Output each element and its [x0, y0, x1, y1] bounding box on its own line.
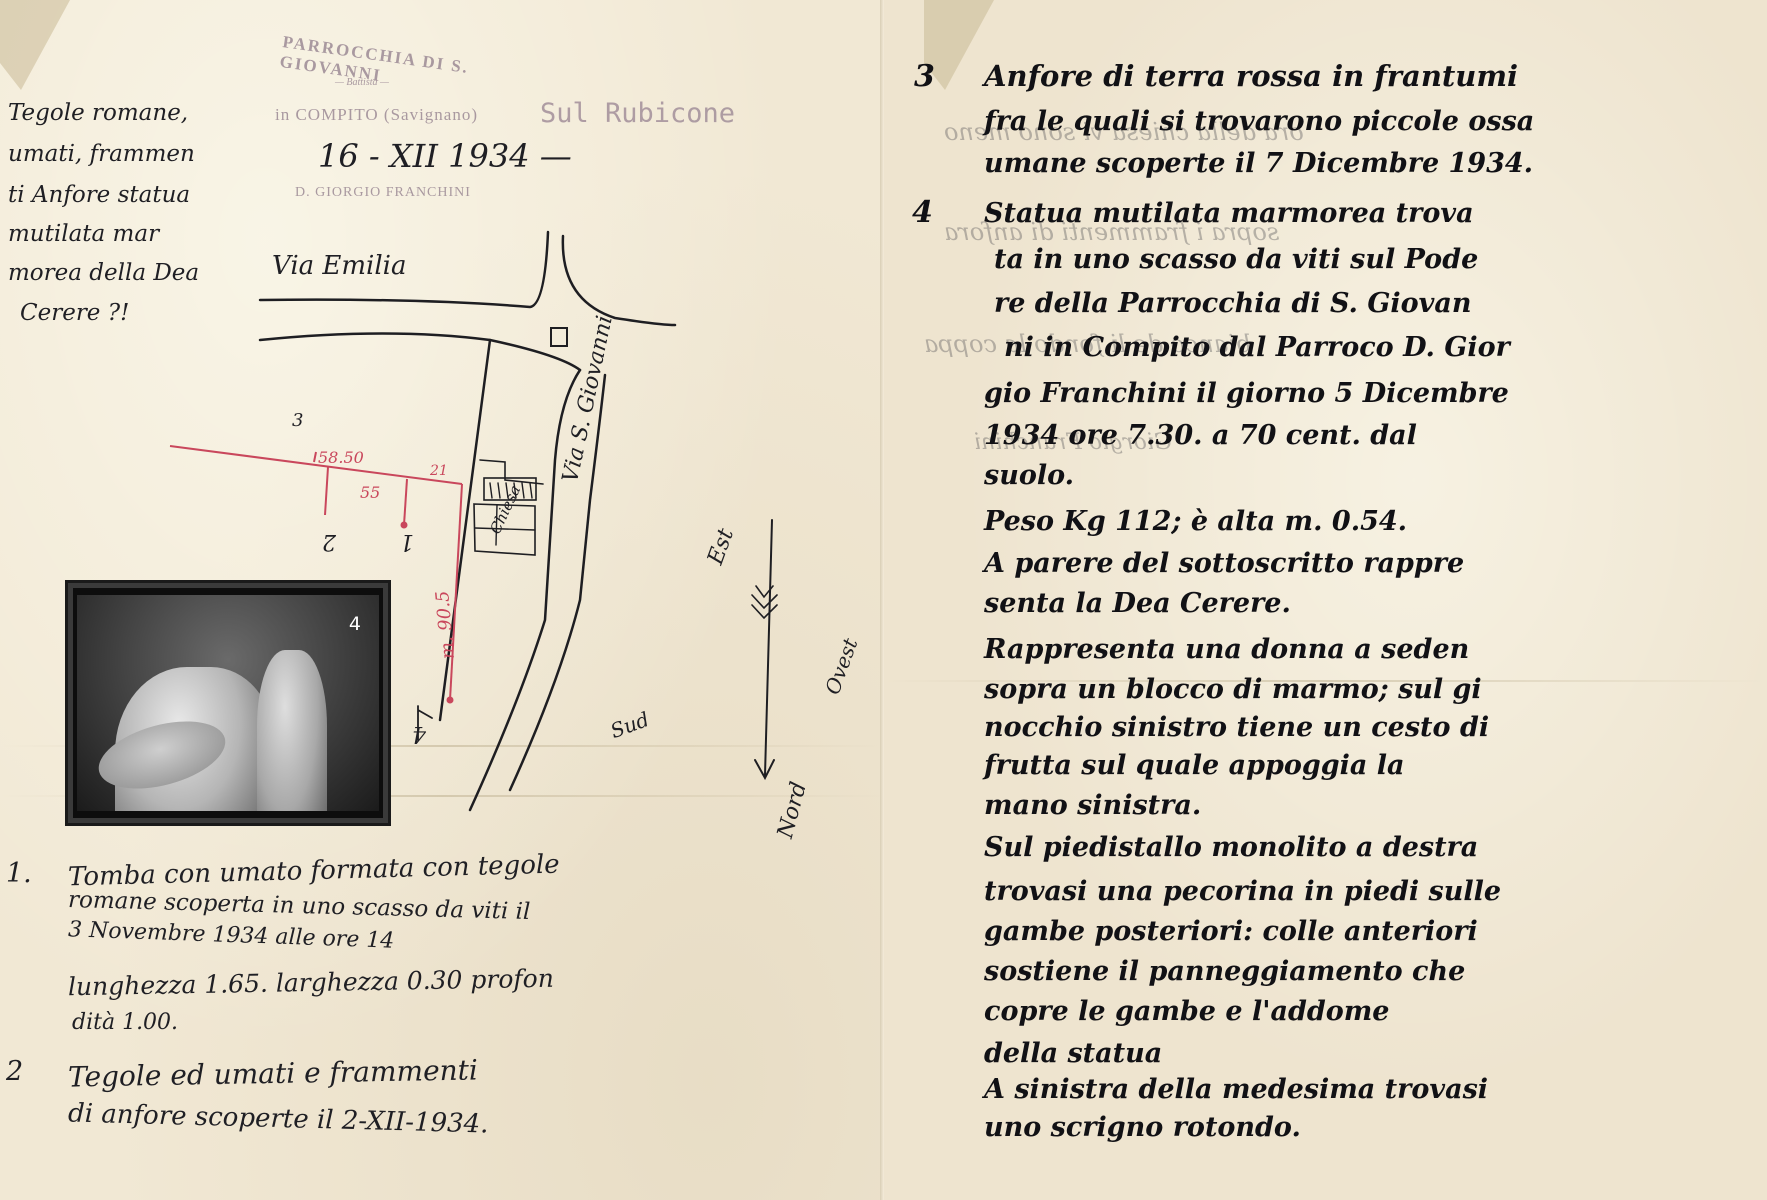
entry-line: umane scoperte il 7 Dicembre 1934.	[984, 150, 1533, 177]
site-number-2: 2	[322, 530, 336, 552]
entry-line: suolo.	[984, 462, 1074, 489]
entry-line: Anfore di terra rossa in frantumi	[984, 62, 1518, 91]
entry-line: sopra un blocco di marmo; sul gi	[984, 676, 1482, 703]
compass-arrow-shaft	[765, 520, 772, 775]
left-page: PARROCCHIA DI S. GIOVANNI — Battista — i…	[0, 0, 884, 1200]
photo-number: 4	[349, 613, 361, 635]
entry-line: frutta sul quale appoggia la	[984, 752, 1405, 779]
entry-line: fra le quali si trovarono piccole ossa	[984, 108, 1534, 135]
entry-line: gio Franchini il giorno 5 Dicembre	[984, 380, 1509, 407]
measurement-middle: 55	[360, 483, 380, 502]
entry-number: 1.	[6, 860, 32, 887]
measurement-line-horizontal	[170, 446, 462, 484]
measurement-top: 58.50	[318, 448, 364, 467]
entry-line: ni in Compito dal Parroco D. Gior	[1004, 334, 1510, 361]
entry-line: copre le gambe e l'addome	[984, 998, 1389, 1025]
entry-line: Tegole ed umati e frammenti	[68, 1056, 478, 1091]
statue-arm	[257, 650, 327, 811]
entry-line: mano sinistra.	[984, 792, 1201, 819]
entry-line: Peso Kg 112; è alta m. 0.54.	[984, 508, 1407, 535]
entry-number: 4	[912, 198, 933, 228]
entry-line: dità 1.00.	[72, 1012, 178, 1034]
entry-line: gambe posteriori: colle anteriori	[984, 918, 1478, 945]
entry-number: 2	[6, 1058, 23, 1085]
entry-line: A sinistra della medesima trovasi	[984, 1076, 1488, 1103]
map-label-via-emilia: Via Emilia	[272, 253, 406, 279]
entry-line: 1934 ore 7.30. a 70 cent. dal	[984, 422, 1417, 449]
entry-line: sostiene il panneggiamento che	[984, 958, 1465, 985]
entry-line: senta la Dea Cerere.	[984, 590, 1291, 617]
statue-photo: 4	[65, 580, 391, 826]
entry-line: trovasi una pecorina in piedi sulle	[984, 878, 1501, 905]
entry-line: re della Parrocchia di S. Giovan	[994, 290, 1471, 317]
right-page: ora della chiesa vi sono meno sopra i fr…	[884, 0, 1767, 1200]
entry-line: A parere del sottoscritto rappre	[984, 550, 1464, 577]
entry-number: 3	[914, 62, 935, 92]
entry-line: Sul piedistallo monolito a destra	[984, 834, 1478, 861]
site-number-1: 1	[400, 530, 414, 552]
entry-line: Rappresenta una donna a seden	[984, 636, 1469, 663]
entry-line: ta in uno scasso da viti sul Pode	[994, 246, 1478, 273]
entry-line: nocchio sinistro tiene un cesto di	[984, 714, 1489, 741]
entry-line: uno scrigno rotondo.	[984, 1114, 1301, 1141]
entry-line: Statua mutilata marmorea trova	[984, 200, 1474, 227]
entry-line: della statua	[984, 1040, 1162, 1067]
field-boundary	[440, 340, 490, 720]
measurement-corner: 21	[430, 463, 448, 479]
road-via-san-giovanni	[470, 370, 580, 810]
site-number-4: 4	[412, 722, 426, 744]
map-site-marker: 3	[292, 412, 303, 430]
